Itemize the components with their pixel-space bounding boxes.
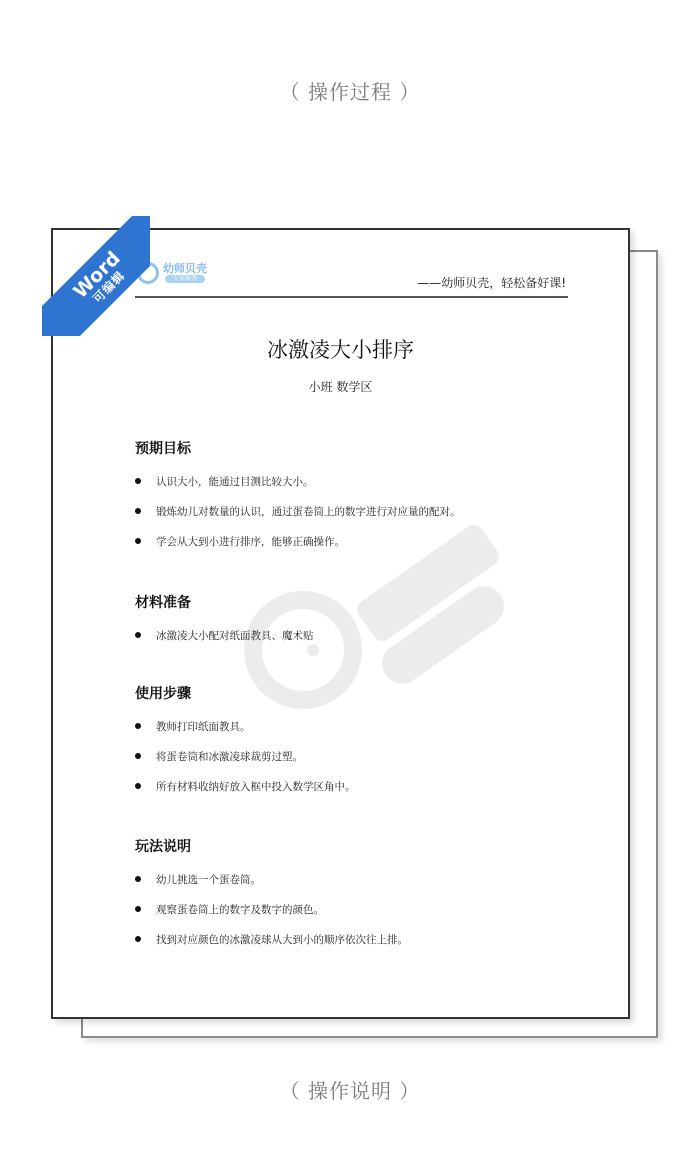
bullet-icon [135, 936, 141, 942]
bullet-icon [135, 783, 141, 789]
list-item: 找到对应颜色的冰激凌球从大到小的顺序依次往上排。 [135, 933, 408, 963]
bullet-icon [135, 478, 141, 484]
section-materials: 材料准备 冰激凌大小配对纸面教具、魔术贴 [135, 592, 314, 659]
list-item: 认识大小，能通过目测比较大小。 [135, 475, 461, 505]
list-item: 冰激凌大小配对纸面教具、魔术贴 [135, 629, 314, 659]
section-heading: 使用步骤 [135, 683, 356, 703]
document-subtitle: 小班 数学区 [53, 378, 628, 395]
bullet-icon [135, 723, 141, 729]
caption-operation-instructions: （ 操作说明 ） [0, 1075, 700, 1104]
list-item: 幼儿挑选一个蛋卷筒。 [135, 873, 408, 903]
bullet-icon [135, 632, 141, 638]
bullet-icon [135, 538, 141, 544]
list-item: 将蛋卷筒和冰激凌球裁剪过塑。 [135, 750, 356, 780]
logo-name: 幼师贝壳 [163, 263, 207, 275]
section-gameplay: 玩法说明 幼儿挑选一个蛋卷筒。 观察蛋卷筒上的数字及数字的颜色。 找到对应颜色的… [135, 836, 408, 963]
bullet-icon [135, 508, 141, 514]
word-editable-ribbon: Word 可编辑 [42, 216, 150, 336]
list-item: 锻炼幼儿对数量的认识，通过蛋卷筒上的数字进行对应量的配对。 [135, 505, 461, 535]
document-page: 幼师贝壳 ·专业服务· ——幼师贝壳，轻松备好课! 冰激凌大小排序 小班 数学区… [51, 228, 630, 1019]
document-title: 冰激凌大小排序 [53, 334, 628, 364]
section-goals: 预期目标 认识大小，能通过目测比较大小。 锻炼幼儿对数量的认识，通过蛋卷筒上的数… [135, 438, 461, 565]
bullet-icon [135, 906, 141, 912]
bullet-icon [135, 876, 141, 882]
header-divider [135, 296, 568, 298]
section-heading: 玩法说明 [135, 836, 408, 856]
list-item: 教师打印纸面教具。 [135, 720, 356, 750]
list-item: 所有材料收纳好放入框中投入数学区角中。 [135, 780, 356, 810]
bullet-icon [135, 753, 141, 759]
section-heading: 材料准备 [135, 592, 314, 612]
section-heading: 预期目标 [135, 438, 461, 458]
caption-operation-process: （ 操作过程 ） [0, 76, 700, 105]
header-slogan: ——幼师贝壳，轻松备好课! [417, 274, 566, 291]
list-item: 学会从大到小进行排序，能够正确操作。 [135, 535, 461, 565]
logo-subtitle: ·专业服务· [165, 275, 205, 283]
list-item: 观察蛋卷筒上的数字及数字的颜色。 [135, 903, 408, 933]
section-steps: 使用步骤 教师打印纸面教具。 将蛋卷筒和冰激凌球裁剪过塑。 所有材料收纳好放入框… [135, 683, 356, 810]
